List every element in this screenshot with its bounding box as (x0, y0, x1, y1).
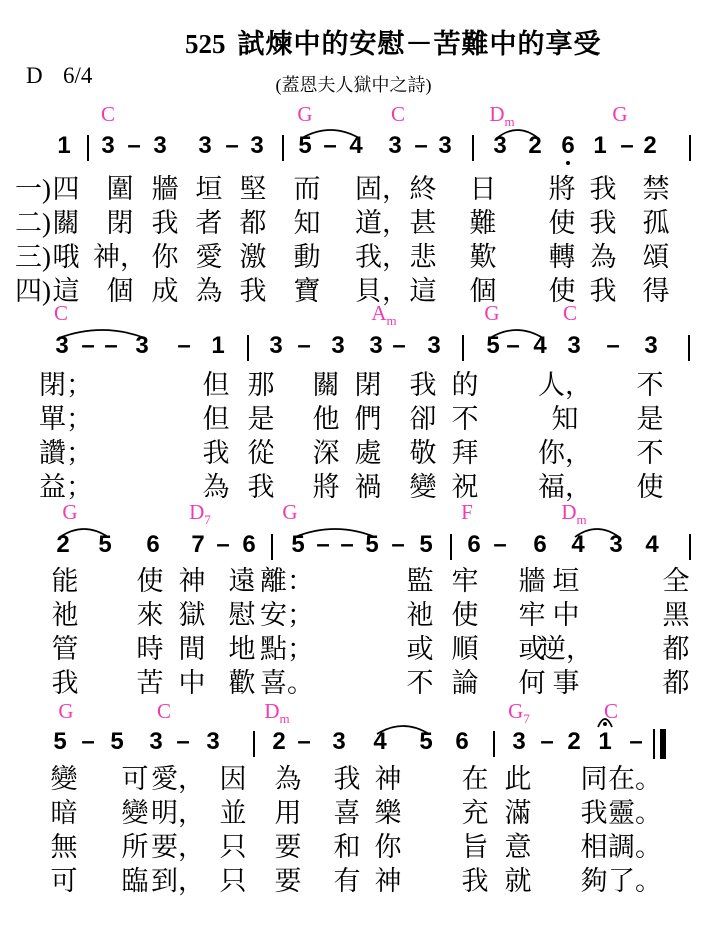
lyric-char: 道， (355, 209, 409, 237)
lyric-char: 意 (505, 833, 532, 861)
barline (689, 534, 691, 560)
note-digit: 5 (98, 533, 111, 557)
barline (462, 335, 464, 361)
note-digit: 5 (365, 533, 378, 557)
note-dash: – (127, 134, 140, 158)
lyric-char: 此 (505, 765, 532, 793)
note-dash: – (216, 533, 229, 557)
barline (282, 135, 284, 161)
lyric-char: 能 (52, 567, 79, 595)
lyric-char: 為 (203, 473, 230, 501)
lyric-char: 地 (229, 635, 256, 663)
note-dash: – (81, 334, 94, 358)
note-digit: 3 (427, 334, 440, 358)
note-digit: 5 (486, 334, 499, 358)
lyric-char: 時 (137, 635, 164, 663)
lyric-char: 你 (152, 243, 179, 271)
hymn-sheet: 525試煉中的安慰－苦難中的享受 D 6/4 (蓋恩夫人獄中之詩) CGCDmG… (0, 0, 707, 926)
note-dash: – (620, 134, 633, 158)
chord-subscript: 7 (204, 512, 211, 527)
barline (689, 135, 691, 161)
lyric-char: 順 (452, 635, 479, 663)
lyric-char: 垣 (196, 175, 223, 203)
note-digit: 5 (291, 533, 304, 557)
lyric-char: 同 (581, 765, 608, 793)
note-dash: – (392, 334, 405, 358)
note-digit: 3 (101, 134, 114, 158)
lyric-char: 個 (107, 277, 134, 305)
lyric-char: 管 (52, 635, 79, 663)
note-digit: 2 (528, 134, 541, 158)
note-dash: – (506, 334, 519, 358)
lyric-char: 不 (452, 405, 479, 433)
lyric-char: 變 (51, 765, 78, 793)
lyric-char: 圍 (107, 175, 134, 203)
note-dash: – (316, 533, 329, 557)
lyric-char: 樂 (375, 799, 402, 827)
lyric-char: 者 (196, 209, 223, 237)
lyric-char: 中 (553, 601, 580, 629)
lyric-char: 我 (152, 209, 179, 237)
lyric-char: 要， (151, 833, 205, 861)
lyric-char: 在 (462, 765, 489, 793)
note-dash: – (297, 730, 310, 754)
note-digit: 4 (349, 134, 362, 158)
verse-label: 一) (15, 175, 51, 203)
lyric-char: 變 (410, 473, 437, 501)
lyric-char: 閉 (355, 371, 382, 399)
note-digit: 3 (135, 334, 148, 358)
lyric-char: 我 (248, 473, 275, 501)
lyric-char: 事 (553, 669, 580, 697)
lyric-char: 我 (240, 277, 267, 305)
lyric-char: 甚 (410, 209, 437, 237)
lyric-char: 日 (470, 175, 497, 203)
lyric-char: 單； (39, 405, 93, 433)
lyric-char: 只 (220, 867, 247, 895)
lyric-char: 將 (549, 175, 576, 203)
lyric-char: 頌 (643, 243, 670, 271)
chord-label: Dm (561, 501, 586, 525)
note-digit: 6 (146, 533, 159, 557)
lyric-char: 歡 (229, 669, 256, 697)
note-digit: 2 (643, 134, 656, 158)
lyric-char: 知 (294, 209, 321, 237)
note-digit: 3 (250, 134, 263, 158)
lyric-char: 臨 (122, 867, 149, 895)
lyric-char: 垣 (553, 567, 580, 595)
chord-label: Dm (489, 103, 514, 127)
chord-label: C (563, 302, 577, 324)
barline (247, 335, 249, 361)
lyric-char: 你 (375, 833, 402, 861)
lyric-char: 不 (637, 439, 664, 467)
lyric-char: 四 (53, 175, 80, 203)
lyric-char: 我 (590, 209, 617, 237)
note-dash: – (391, 533, 404, 557)
lyric-char: 喜 (334, 799, 361, 827)
lyric-char: 愛 (196, 243, 223, 271)
chord-label: G (62, 501, 77, 523)
barline (472, 135, 474, 161)
lyric-char: 監 (407, 567, 434, 595)
lyric-char: 祂 (52, 601, 79, 629)
lyric-char: 我 (590, 277, 617, 305)
lyric-char: 不 (637, 371, 664, 399)
lyric-char: 關 (313, 371, 340, 399)
lyric-char: 從 (248, 439, 275, 467)
fermata-dot (603, 722, 607, 726)
note-dash: – (606, 334, 619, 358)
lyric-char: 了。 (608, 867, 662, 895)
note-digit: 5 (110, 730, 123, 754)
lyric-char: 動 (294, 243, 321, 271)
note-dash: – (81, 730, 94, 754)
lyric-char: 福， (538, 473, 592, 501)
lyric-char: 有 (334, 867, 361, 895)
chord-label: G (58, 700, 73, 722)
lyric-char: 悲 (410, 243, 437, 271)
lyric-char: 要 (275, 867, 302, 895)
lyric-char: 牢 (519, 601, 546, 629)
barline (87, 135, 89, 161)
chord-label: D7 (189, 501, 211, 525)
note-digit: 6 (467, 533, 480, 557)
lyric-char: 禁 (643, 175, 670, 203)
lyric-char: 明， (151, 799, 205, 827)
note-digit: 1 (211, 334, 224, 358)
octave-dot (566, 161, 570, 165)
lyric-char: 你， (538, 439, 592, 467)
lyric-char: 離： (260, 567, 314, 595)
lyric-char: 神 (375, 867, 402, 895)
lyric-char: 全 (663, 567, 690, 595)
lyric-char: 讚； (39, 439, 93, 467)
lyric-char: 牆 (519, 567, 546, 595)
chord-label: G (297, 103, 312, 125)
note-digit: 2 (567, 730, 580, 754)
lyric-char: 喜。 (260, 669, 314, 697)
note-digit: 3 (331, 334, 344, 358)
lyric-char: 因 (220, 765, 247, 793)
lyric-char: 使 (637, 473, 664, 501)
lyric-char: 祝 (452, 473, 479, 501)
note-digit: 3 (388, 134, 401, 158)
note-dash: – (176, 730, 189, 754)
barline (271, 534, 273, 560)
note-digit: 2 (272, 730, 285, 754)
note-digit: 1 (57, 134, 70, 158)
lyric-char: 可 (51, 867, 78, 895)
note-digit: 3 (567, 334, 580, 358)
final-barline-thin (653, 729, 655, 759)
lyric-char: 夠 (581, 867, 608, 895)
lyric-char: 所 (122, 833, 149, 861)
slur (57, 326, 147, 339)
note-digit: 4 (533, 334, 546, 358)
lyric-char: 神， (93, 243, 147, 271)
lyric-char: 益； (39, 473, 93, 501)
lyric-char: 成 (152, 277, 179, 305)
note-dash: – (323, 134, 336, 158)
lyric-char: 要 (275, 833, 302, 861)
barline (688, 335, 690, 361)
note-digit: 5 (419, 533, 432, 557)
note-digit: 3 (644, 334, 657, 358)
lyric-char: 靈。 (608, 799, 662, 827)
lyric-char: 神 (375, 765, 402, 793)
verse-label: 四) (15, 277, 51, 305)
note-digit: 4 (373, 730, 386, 754)
note-digit: 3 (149, 730, 162, 754)
lyric-char: 知 (552, 405, 579, 433)
lyric-char: 激 (240, 243, 267, 271)
lyric-char: 轉 (549, 243, 576, 271)
lyric-char: 們 (355, 405, 382, 433)
barline (450, 534, 452, 560)
note-dash: – (104, 334, 117, 358)
note-digit: 4 (571, 533, 584, 557)
lyric-char: 關 (53, 209, 80, 237)
lyric-char: 那 (248, 371, 275, 399)
note-dash: – (225, 134, 238, 158)
lyric-char: 暗 (51, 799, 78, 827)
lyric-char: 牢 (452, 567, 479, 595)
note-digit: 6 (242, 533, 255, 557)
lyric-char: 固， (355, 175, 409, 203)
lyric-char: 間 (179, 635, 206, 663)
lyric-char: 但 (203, 405, 230, 433)
lyric-char: 他 (313, 405, 340, 433)
verse-label: 二) (15, 209, 51, 237)
lyric-char: 都 (663, 669, 690, 697)
note-digit: 4 (645, 533, 658, 557)
lyric-char: 使 (137, 567, 164, 595)
lyric-char: 遠 (229, 567, 256, 595)
lyric-char: 這 (410, 277, 437, 305)
lyric-char: 相 (581, 833, 608, 861)
lyric-char: 禍 (355, 473, 382, 501)
lyric-char: 深 (313, 439, 340, 467)
lyric-char: 旨 (462, 833, 489, 861)
note-dash: – (340, 533, 353, 557)
lyric-char: 在。 (608, 765, 662, 793)
note-digit: 3 (206, 730, 219, 754)
note-digit: 2 (56, 533, 69, 557)
chord-subscript: 7 (523, 711, 530, 726)
lyric-char: 無 (51, 833, 78, 861)
note-digit: 3 (55, 334, 68, 358)
lyric-char: 祂 (407, 601, 434, 629)
lyric-char: 的 (452, 371, 479, 399)
lyric-char: 得 (643, 277, 670, 305)
sheet: CGCDmG13–33–35–43–33261–2一)四圍牆垣堅而固，終日將我禁… (0, 0, 707, 926)
note-digit: 3 (153, 134, 166, 158)
lyric-char: 點； (260, 635, 314, 663)
lyric-char: 敬 (410, 439, 437, 467)
chord-subscript: m (280, 711, 290, 726)
note-digit: 5 (298, 134, 311, 158)
chord-label: C (157, 700, 171, 722)
chord-label: G (282, 501, 297, 523)
note-digit: 3 (493, 134, 506, 158)
note-digit: 3 (269, 334, 282, 358)
note-digit: 3 (438, 134, 451, 158)
barline (253, 731, 255, 757)
lyric-char: 我 (203, 439, 230, 467)
lyric-char: 不 (407, 669, 434, 697)
barline (493, 731, 495, 757)
lyric-char: 黑 (663, 601, 690, 629)
lyric-char: 我 (334, 765, 361, 793)
lyric-char: 安； (260, 601, 314, 629)
lyric-char: 變 (122, 799, 149, 827)
lyric-char: 滿 (505, 799, 532, 827)
note-dash: – (493, 533, 506, 557)
lyric-char: 苦 (137, 669, 164, 697)
note-dash: – (297, 334, 310, 358)
lyric-char: 歎 (470, 243, 497, 271)
note-digit: 6 (533, 533, 546, 557)
lyric-char: 調。 (608, 833, 662, 861)
lyric-char: 來 (137, 601, 164, 629)
note-digit: 3 (332, 730, 345, 754)
lyric-char: 但 (203, 371, 230, 399)
note-digit: 6 (455, 730, 468, 754)
lyric-char: 孤 (643, 209, 670, 237)
lyric-char: 我 (462, 867, 489, 895)
lyric-char: 我， (355, 243, 409, 271)
note-dash: – (414, 134, 427, 158)
lyric-char: 閉； (39, 371, 93, 399)
lyric-char: 為 (275, 765, 302, 793)
lyric-char: 為 (590, 243, 617, 271)
lyric-char: 我 (410, 371, 437, 399)
lyric-char: 神 (179, 567, 206, 595)
lyric-char: 而 (294, 175, 321, 203)
note-digit: 3 (369, 334, 382, 358)
lyric-char: 難 (470, 209, 497, 237)
lyric-char: 慰 (229, 601, 256, 629)
chord-label: G (484, 302, 499, 324)
lyric-char: 寶 (294, 277, 321, 305)
lyric-char: 只 (220, 833, 247, 861)
lyric-char: 用 (275, 799, 302, 827)
lyric-char: 堅 (240, 175, 267, 203)
lyric-char: 都 (240, 209, 267, 237)
lyric-char: 為 (196, 277, 223, 305)
note-digit: 3 (609, 533, 622, 557)
lyric-char: 我 (581, 799, 608, 827)
lyric-char: 或 (407, 635, 434, 663)
lyric-char: 到， (151, 867, 205, 895)
note-dash: – (540, 730, 553, 754)
lyric-char: 都 (663, 635, 690, 663)
chord-label: Dm (264, 700, 289, 724)
note-digit: 5 (53, 730, 66, 754)
note-digit: 1 (598, 730, 611, 754)
lyric-char: 人， (538, 371, 592, 399)
note-digit: 6 (561, 134, 574, 158)
note-digit: 5 (419, 730, 432, 754)
chord-label: G (612, 103, 627, 125)
lyric-char: 是 (248, 405, 275, 433)
lyric-char: 卻 (410, 405, 437, 433)
chord-label: Am (371, 302, 396, 326)
lyric-char: 並 (220, 799, 247, 827)
lyric-char: 我 (52, 669, 79, 697)
note-digit: 1 (593, 134, 606, 158)
lyric-char: 論 (452, 669, 479, 697)
note-digit: 3 (512, 730, 525, 754)
lyric-char: 獄 (179, 601, 206, 629)
chord-label: C (391, 103, 405, 125)
lyric-char: 可 (122, 765, 149, 793)
lyric-char: 處 (355, 439, 382, 467)
chord-label: G7 (508, 700, 530, 724)
lyric-char: 使 (452, 601, 479, 629)
lyric-char: 牆 (152, 175, 179, 203)
lyric-char: 閉 (107, 209, 134, 237)
lyric-char: 和 (334, 833, 361, 861)
lyric-char: 中 (179, 669, 206, 697)
note-digit: 7 (191, 533, 204, 557)
lyric-char: 終 (410, 175, 437, 203)
lyric-char: 何 (519, 669, 546, 697)
chord-label: F (461, 501, 473, 523)
chord-label: C (54, 302, 68, 324)
chord-subscript: m (387, 313, 397, 328)
note-dash: – (177, 334, 190, 358)
note-dash: – (629, 730, 642, 754)
lyric-char: 將 (313, 473, 340, 501)
note-digit: 3 (198, 134, 211, 158)
verse-label: 三) (15, 243, 51, 271)
lyric-char: 愛， (151, 765, 205, 793)
lyric-char: 是 (637, 405, 664, 433)
lyric-char: 我 (590, 175, 617, 203)
lyric-char: 哦 (53, 243, 80, 271)
lyric-char: 逆， (539, 635, 593, 663)
lyric-char: 拜 (452, 439, 479, 467)
final-barline-thick (660, 729, 666, 759)
lyric-char: 使 (549, 209, 576, 237)
chord-label: C (101, 103, 115, 125)
lyric-char: 就 (505, 867, 532, 895)
lyric-char: 充 (462, 799, 489, 827)
